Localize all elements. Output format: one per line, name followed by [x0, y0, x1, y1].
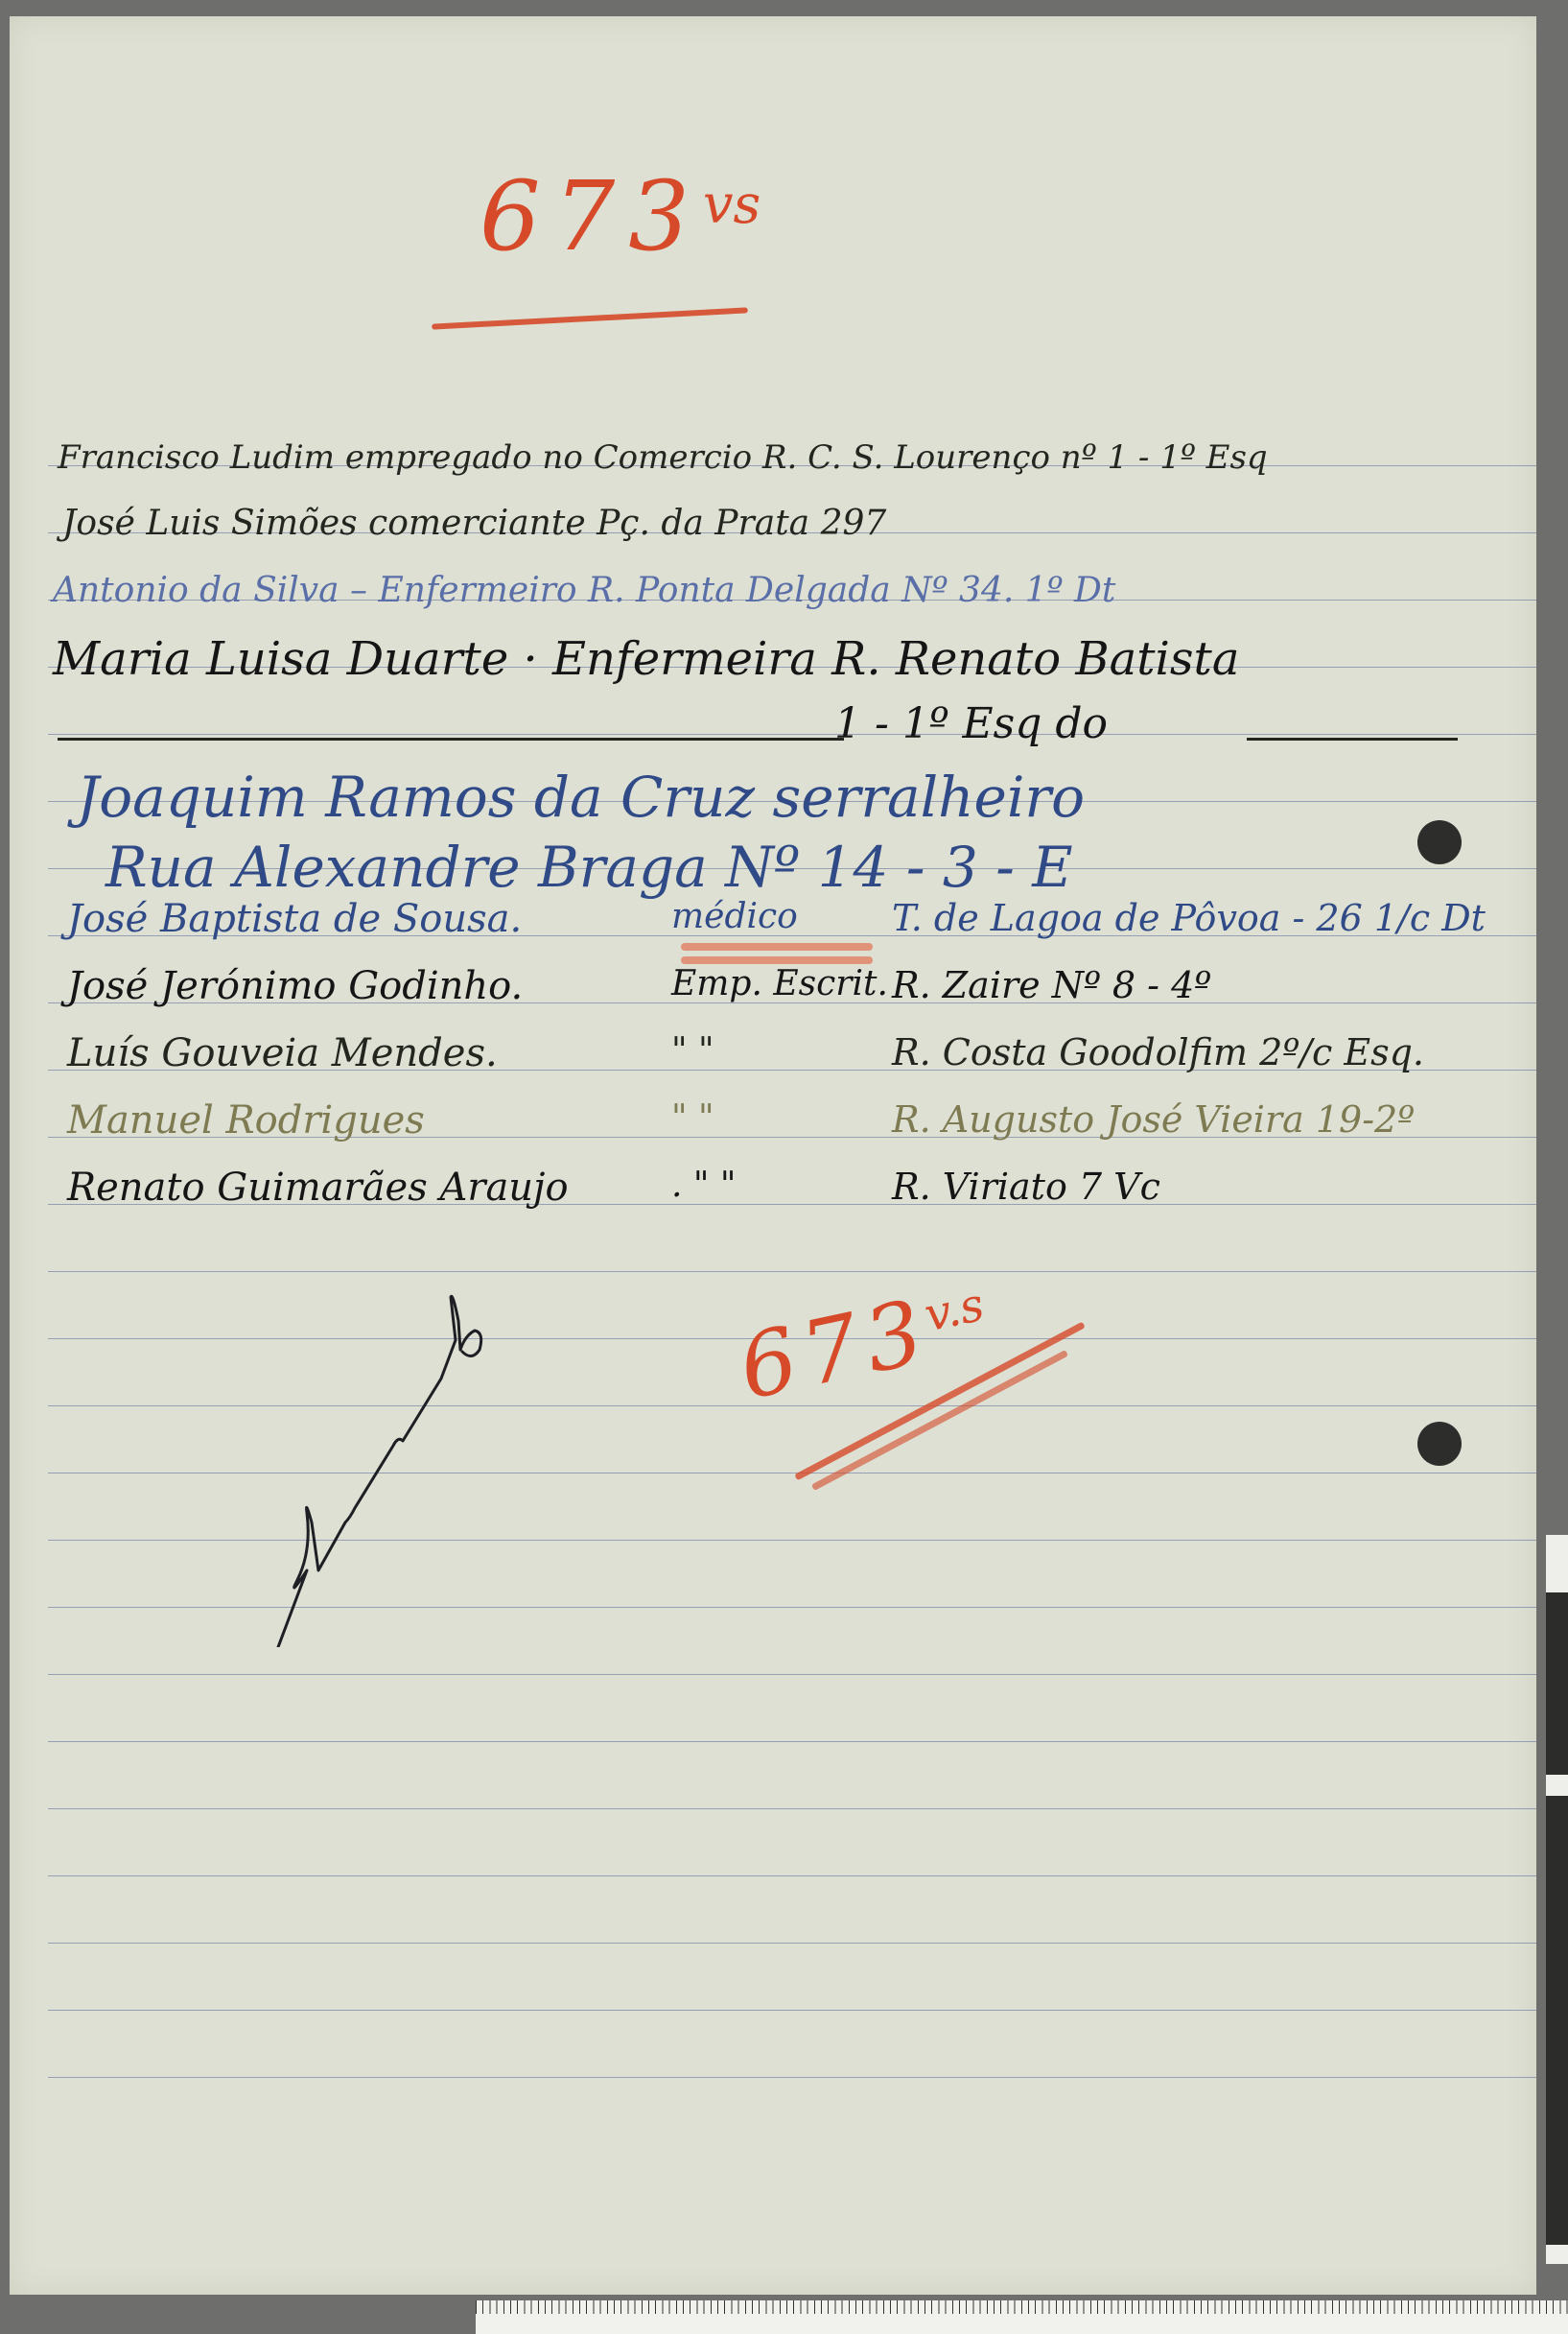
scale-bar-segment: [1546, 2245, 1568, 2264]
ruled-line: [48, 1875, 1536, 1876]
ruled-line: [48, 1943, 1536, 1944]
ruled-line: [48, 2010, 1536, 2011]
ruled-line: [48, 1741, 1536, 1742]
table-row: Luís Gouveia Mendes. " " R. Costa Goodol…: [10, 1031, 1536, 1089]
entry-line: José Luis Simões comerciante Pç. da Prat…: [62, 504, 886, 543]
row-occupation: " ": [671, 1098, 714, 1138]
row-name: Renato Guimarães Araujo: [67, 1166, 569, 1210]
table-row: Manuel Rodrigues " " R. Augusto José Vie…: [10, 1098, 1536, 1156]
punch-hole: [1417, 1422, 1462, 1466]
entry-line: Antonio da Silva – Enfermeiro R. Ponta D…: [53, 571, 1115, 610]
underline-stroke: [1247, 738, 1458, 741]
row-occupation: " ": [671, 1031, 714, 1071]
row-address: R. Costa Goodolfim 2º/c Esq.: [892, 1031, 1424, 1073]
entry-line-continuation: 1 - 1º Esq do: [834, 699, 1108, 748]
row-name: Manuel Rodrigues: [67, 1098, 425, 1143]
entry-line: Rua Alexandre Braga Nº 14 - 3 - E: [105, 835, 1073, 900]
table-row: José Baptista de Sousa. médico T. de Lag…: [10, 897, 1536, 955]
reference-suffix: vs: [703, 174, 761, 236]
reference-number: 673: [731, 1280, 939, 1420]
table-row: Renato Guimarães Araujo . " " R. Viriato…: [10, 1166, 1536, 1223]
scale-bar-segment: [1546, 1535, 1568, 1592]
table-row: José Jerónimo Godinho. Emp. Escrit. R. Z…: [10, 964, 1536, 1022]
entry-line: Joaquim Ramos da Cruz serralheiro: [77, 765, 1085, 830]
entry-line: Maria Luisa Duarte · Enfermeira R. Renat…: [53, 632, 1239, 686]
punch-hole: [1417, 820, 1462, 864]
row-name: Luís Gouveia Mendes.: [67, 1031, 498, 1075]
reference-number: 673: [480, 160, 703, 272]
red-strike-mark: [681, 956, 873, 964]
measurement-ruler: [476, 2300, 1568, 2334]
reference-mark-top: 673vs: [480, 160, 761, 272]
row-occupation: Emp. Escrit.: [671, 964, 888, 1003]
ruled-line: [48, 1674, 1536, 1675]
row-occupation: médico: [671, 897, 798, 936]
red-strike-mark: [681, 943, 873, 951]
reference-suffix: v.s: [920, 1278, 989, 1343]
row-address: R. Augusto José Vieira 19-2º: [892, 1098, 1415, 1141]
ruled-line: [48, 734, 1536, 735]
reference-mark-bottom: 673v.s: [731, 1267, 996, 1420]
ruled-line: [48, 1271, 1536, 1272]
entry-line: Francisco Ludim empregado no Comercio R.…: [58, 438, 1268, 477]
ruled-line: [48, 1808, 1536, 1809]
scale-bar-segment: [1546, 1775, 1568, 1796]
paper-sheet: 673vs Francisco Ludim empregado no Comer…: [10, 16, 1536, 2295]
row-name: José Jerónimo Godinho.: [67, 964, 523, 1008]
reference-underline: [432, 307, 748, 329]
underline-stroke: [58, 738, 844, 741]
row-address: T. de Lagoa de Pôvoa - 26 1/c Dt: [892, 897, 1486, 939]
scale-bar-vertical: [1546, 1535, 1568, 2264]
ruled-line: [48, 2077, 1536, 2078]
row-occupation: . " ": [671, 1166, 736, 1205]
signature: [269, 1283, 614, 1647]
row-address: R. Viriato 7 Vc: [892, 1166, 1160, 1208]
row-address: R. Zaire Nº 8 - 4º: [892, 964, 1211, 1006]
row-name: José Baptista de Sousa.: [67, 897, 522, 941]
